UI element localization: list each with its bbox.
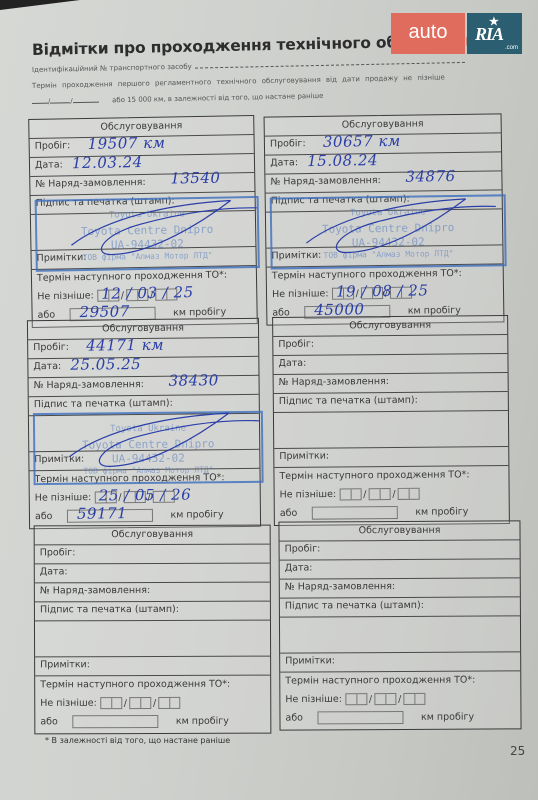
date-label: Дата: [285, 562, 313, 573]
service-record-card-5: Обслуговування Пробіг: Дата: № Наряд-зам… [34, 525, 272, 735]
km-label: км пробігу [421, 712, 474, 723]
first-service-text: Термін проходження першого регламентного… [32, 73, 445, 90]
next-date-value: 19 / 08 / 25 [336, 281, 429, 300]
notes-label: Примітки: [40, 659, 90, 670]
date-row: Дата: [35, 564, 270, 584]
service-heading: Обслуговування [111, 529, 193, 540]
first-service-text-2: // або 15 000 км, в залежності від того,… [32, 92, 324, 106]
page-number: 25 [510, 744, 525, 758]
not-later-label: Не пізніше: [280, 489, 337, 500]
not-later-line: Не пізніше: // 25 / 05 / 26 [35, 490, 255, 510]
signature-area [274, 411, 508, 449]
signature-area [35, 621, 270, 658]
date-value: 25.05.25 [70, 355, 141, 374]
not-later-label: Не пізніше: [35, 492, 92, 504]
next-date-value: 25 / 05 / 26 [99, 486, 192, 505]
signature-row: Підпис та печатка (штамп): [280, 597, 520, 617]
order-value: 38430 [168, 371, 218, 390]
next-service-label: Термін наступного проходження ТО*: [37, 270, 227, 284]
date-label: Дата: [33, 361, 61, 372]
or-label: або [35, 511, 53, 522]
not-later-label: Не пізніше: [40, 698, 97, 709]
slash: / [398, 693, 401, 704]
page-corner-shadow [0, 0, 80, 10]
order-row: № Наряд-замовлення:38430 [29, 376, 259, 397]
day-box [339, 488, 361, 500]
or-label: або [40, 716, 58, 727]
notes-label: Примітки: [279, 451, 329, 462]
not-later-line: Не пізніше: // [40, 697, 265, 716]
notes-row: Примітки: [35, 657, 270, 677]
date-label: Дата: [40, 566, 68, 577]
km-line: абокм пробігу [285, 710, 515, 729]
slash: / [369, 694, 372, 705]
km-box [72, 715, 158, 728]
date-row: Дата:25.05.25 [28, 357, 258, 378]
signature-label: Підпис та печатка (штамп): [40, 604, 179, 615]
not-later-label: Не пізніше: [272, 288, 329, 300]
km-label: км пробігу [176, 716, 229, 727]
signature-row: Підпис та печатка (штамп): [29, 395, 259, 416]
month-box [368, 488, 390, 500]
next-service-section: Термін наступного проходження ТО*: Не пі… [35, 676, 270, 734]
mileage-value: 30657 км [323, 132, 401, 151]
vehicle-id-line: Ідентифікаційний № транспортного засобу [32, 57, 465, 74]
slash: / [124, 698, 127, 709]
next-service-heading: Термін наступного проходження ТО*: [279, 469, 503, 489]
service-record-card-2: Обслуговування Пробіг:30657 км Дата:15.0… [264, 113, 505, 325]
day-box [100, 697, 122, 709]
not-later-label: Не пізніше: [37, 290, 94, 302]
order-value: 34876 [405, 167, 455, 186]
signature-area [266, 209, 502, 248]
order-label: № Наряд-замовлення: [34, 379, 144, 391]
next-service-section: Термін наступного проходження ТО*: Не пі… [29, 469, 260, 528]
next-service-label: Термін наступного проходження ТО*: [35, 472, 225, 485]
notes-label: Примітки: [37, 252, 87, 264]
service-record-card-4: Обслуговування Пробіг: Дата: № Наряд-зам… [272, 315, 510, 526]
next-km-value: 59171 [77, 504, 127, 523]
slash: / [153, 697, 156, 708]
signature-area [31, 211, 256, 251]
order-label: № Наряд-замовлення: [35, 177, 145, 190]
next-service-section: Термін наступного проходження ТО*: Не пі… [274, 466, 508, 525]
service-heading: Обслуговування [342, 118, 424, 130]
notes-label: Примітки: [34, 454, 84, 466]
next-service-section: Термін наступного проходження ТО*: Не пі… [280, 671, 520, 729]
signature-label: Підпис та печатка (штамп): [279, 395, 418, 407]
km-label: км пробігу [415, 506, 468, 517]
card-header: Обслуговування [279, 521, 519, 541]
date-label: Дата: [270, 157, 298, 168]
service-heading: Обслуговування [102, 323, 184, 335]
notes-label: Примітки: [285, 655, 335, 666]
year-box [403, 693, 425, 705]
not-later-label: Не пізніше: [285, 694, 342, 705]
order-value: 13540 [170, 169, 221, 188]
date-label: Дата: [278, 358, 306, 369]
mileage-label: Пробіг: [40, 547, 76, 558]
logo-ria: ★ RIA .com [467, 13, 522, 54]
not-later-line: Не пізніше: // [285, 692, 515, 711]
not-later-line: Не пізніше: // [280, 487, 504, 507]
notes-row: Примітки: [29, 450, 259, 471]
service-heading: Обслуговування [100, 120, 182, 132]
card-header: Обслуговування [273, 316, 507, 337]
next-service-heading: Термін наступного проходження ТО*: [40, 679, 265, 698]
order-label: № Наряд-замовлення: [279, 376, 389, 388]
next-service-label: Термін наступного проходження ТО*: [285, 675, 475, 687]
mileage-row: Пробіг: [35, 545, 270, 565]
footnote: * В залежності від того, що настане рані… [45, 736, 230, 745]
first-service-km: або 15 000 км, в залежності від того, що… [112, 92, 323, 104]
order-label: № Наряд-замовлення: [40, 585, 150, 596]
service-record-card-1: Обслуговування Пробіг:19507 км Дата:12.0… [28, 115, 258, 328]
mileage-row: Пробіг:44171 км [28, 338, 258, 359]
order-row: № Наряд-замовлення: [280, 578, 520, 598]
km-label: км пробігу [170, 509, 223, 521]
mileage-row: Пробіг: [273, 335, 507, 356]
year-box [398, 488, 420, 500]
or-label: або [280, 508, 298, 519]
mileage-row: Пробіг: [280, 540, 520, 560]
next-service-label: Термін наступного проходження ТО*: [40, 679, 230, 691]
next-service-label: Термін наступного проходження ТО*: [279, 469, 469, 482]
order-label: № Наряд-замовлення: [270, 175, 380, 188]
signature-label: Підпис та печатка (штамп): [36, 195, 175, 208]
mileage-label: Пробіг: [285, 543, 321, 554]
next-service-heading: Термін наступного проходження ТО*: [285, 674, 515, 693]
date-label: Дата: [35, 159, 63, 170]
blank-day [32, 103, 48, 104]
mileage-label: Пробіг: [33, 342, 69, 353]
autoria-watermark: auto ★ RIA .com [391, 13, 522, 54]
signature-label: Підпис та печатка (штамп): [285, 600, 424, 612]
mileage-label: Пробіг: [35, 140, 71, 152]
date-value: 15.08.24 [307, 151, 378, 170]
logo-ria-text: RIA [475, 24, 503, 45]
order-row: № Наряд-замовлення: [274, 373, 508, 394]
blank-month [50, 102, 70, 103]
service-heading: Обслуговування [359, 525, 441, 536]
signature-label: Підпис та печатка (штамп): [271, 194, 410, 207]
year-box [158, 697, 180, 709]
date-value: 12.03.24 [72, 153, 143, 172]
month-box [374, 693, 396, 705]
mileage-value: 44171 км [86, 336, 164, 355]
mileage-label: Пробіг: [278, 339, 314, 350]
order-row: № Наряд-замовлення: [35, 583, 270, 603]
signature-area [29, 414, 259, 452]
month-box [129, 697, 151, 709]
card-header: Обслуговування [35, 526, 270, 546]
service-record-card-6: Обслуговування Пробіг: Дата: № Наряд-зам… [278, 520, 521, 730]
mileage-label: Пробіг: [270, 138, 306, 149]
signature-area [280, 616, 520, 653]
logo-auto: auto [391, 13, 465, 54]
km-box [317, 711, 403, 724]
slash: / [363, 489, 366, 500]
km-line: абокм пробігу [40, 715, 265, 734]
next-service-label: Термін наступного проходження ТО*: [272, 268, 462, 282]
notes-row: Примітки: [280, 652, 520, 672]
notes-label: Примітки: [271, 250, 321, 262]
logo-com-text: .com [505, 45, 518, 51]
signature-label: Підпис та печатка (штамп): [34, 398, 173, 410]
km-label: км пробігу [173, 307, 226, 319]
service-heading: Обслуговування [349, 320, 431, 332]
or-label: або [285, 713, 303, 724]
date-row: Дата: [280, 559, 520, 579]
day-box [345, 693, 367, 705]
vehicle-id-blank [195, 62, 465, 69]
next-date-value: 12 / 03 / 25 [101, 283, 194, 303]
order-label: № Наряд-замовлення: [285, 581, 395, 593]
notes-row: Примітки: [274, 447, 508, 468]
signature-row: Підпис та печатка (штамп): [274, 392, 508, 413]
service-record-card-3: Обслуговування Пробіг:44171 км Дата:25.0… [27, 318, 261, 529]
slash: / [392, 488, 395, 499]
mileage-value: 19507 км [87, 134, 165, 153]
signature-row: Підпис та печатка (штамп): [35, 602, 270, 622]
vehicle-id-label: Ідентифікаційний № транспортного засобу [32, 63, 192, 74]
document-page: Відмітки про проходження технічного обсл… [0, 0, 538, 800]
date-row: Дата: [273, 354, 507, 375]
km-box [311, 506, 397, 520]
blank-year [73, 102, 99, 104]
